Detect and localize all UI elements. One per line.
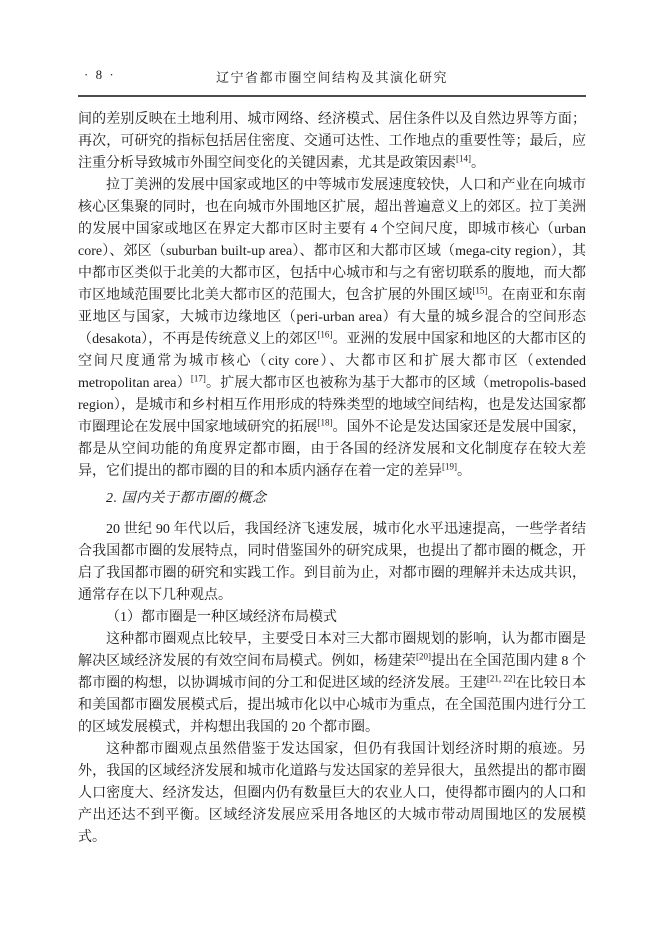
citation-reference: [18] xyxy=(317,417,332,427)
paragraph-domestic-concept: 20 世纪 90 年代以后，我国经济飞速发展，城市化水平迅速提高，一些学者结合我… xyxy=(78,519,586,607)
citation-reference: [16] xyxy=(317,329,332,339)
citation-reference: [20] xyxy=(416,651,431,661)
sub-heading-viewpoint-1: （1）都市圈是一种区域经济布局模式 xyxy=(78,607,586,629)
citation-reference: [21, 22] xyxy=(487,673,516,683)
page-body: 间的差别反映在土地利用、城市网络、经济模式、居住条件以及自然边界等方面；再次，可… xyxy=(78,109,586,849)
paragraph-viewpoint-critique: 这种都市圈观点虽然借鉴于发达国家，但仍有我国计划经济时期的痕迹。另外，我国的区域… xyxy=(78,739,586,849)
citation-reference: [14] xyxy=(456,153,471,163)
page-header: · 8 · 辽宁省都市圈空间结构及其演化研究 xyxy=(78,67,586,97)
header-row: · 8 · 辽宁省都市圈空间结构及其演化研究 xyxy=(78,67,586,86)
paragraph-viewpoint-detail: 这种都市圈观点比较早，主要受日本对三大都市圈规划的影响，认为都市圈是解决区域经济… xyxy=(78,629,586,739)
citation-reference: [19] xyxy=(442,461,457,471)
paragraph-continuation: 间的差别反映在土地利用、城市网络、经济模式、居住条件以及自然边界等方面；再次，可… xyxy=(78,109,586,175)
page-number: · 8 · xyxy=(84,67,116,83)
paragraph-latin-america: 拉丁美洲的发展中国家或地区的中等城市发展速度较快，人口和产业在向城市核心区集聚的… xyxy=(78,175,586,483)
section-heading: 2. 国内关于都市圈的概念 xyxy=(78,488,586,510)
citation-reference: [15] xyxy=(472,285,487,295)
running-title: 辽宁省都市圈空间结构及其演化研究 xyxy=(216,70,448,85)
citation-reference: [17] xyxy=(191,373,206,383)
document-page: · 8 · 辽宁省都市圈空间结构及其演化研究 间的差别反映在土地利用、城市网络、… xyxy=(0,0,661,925)
